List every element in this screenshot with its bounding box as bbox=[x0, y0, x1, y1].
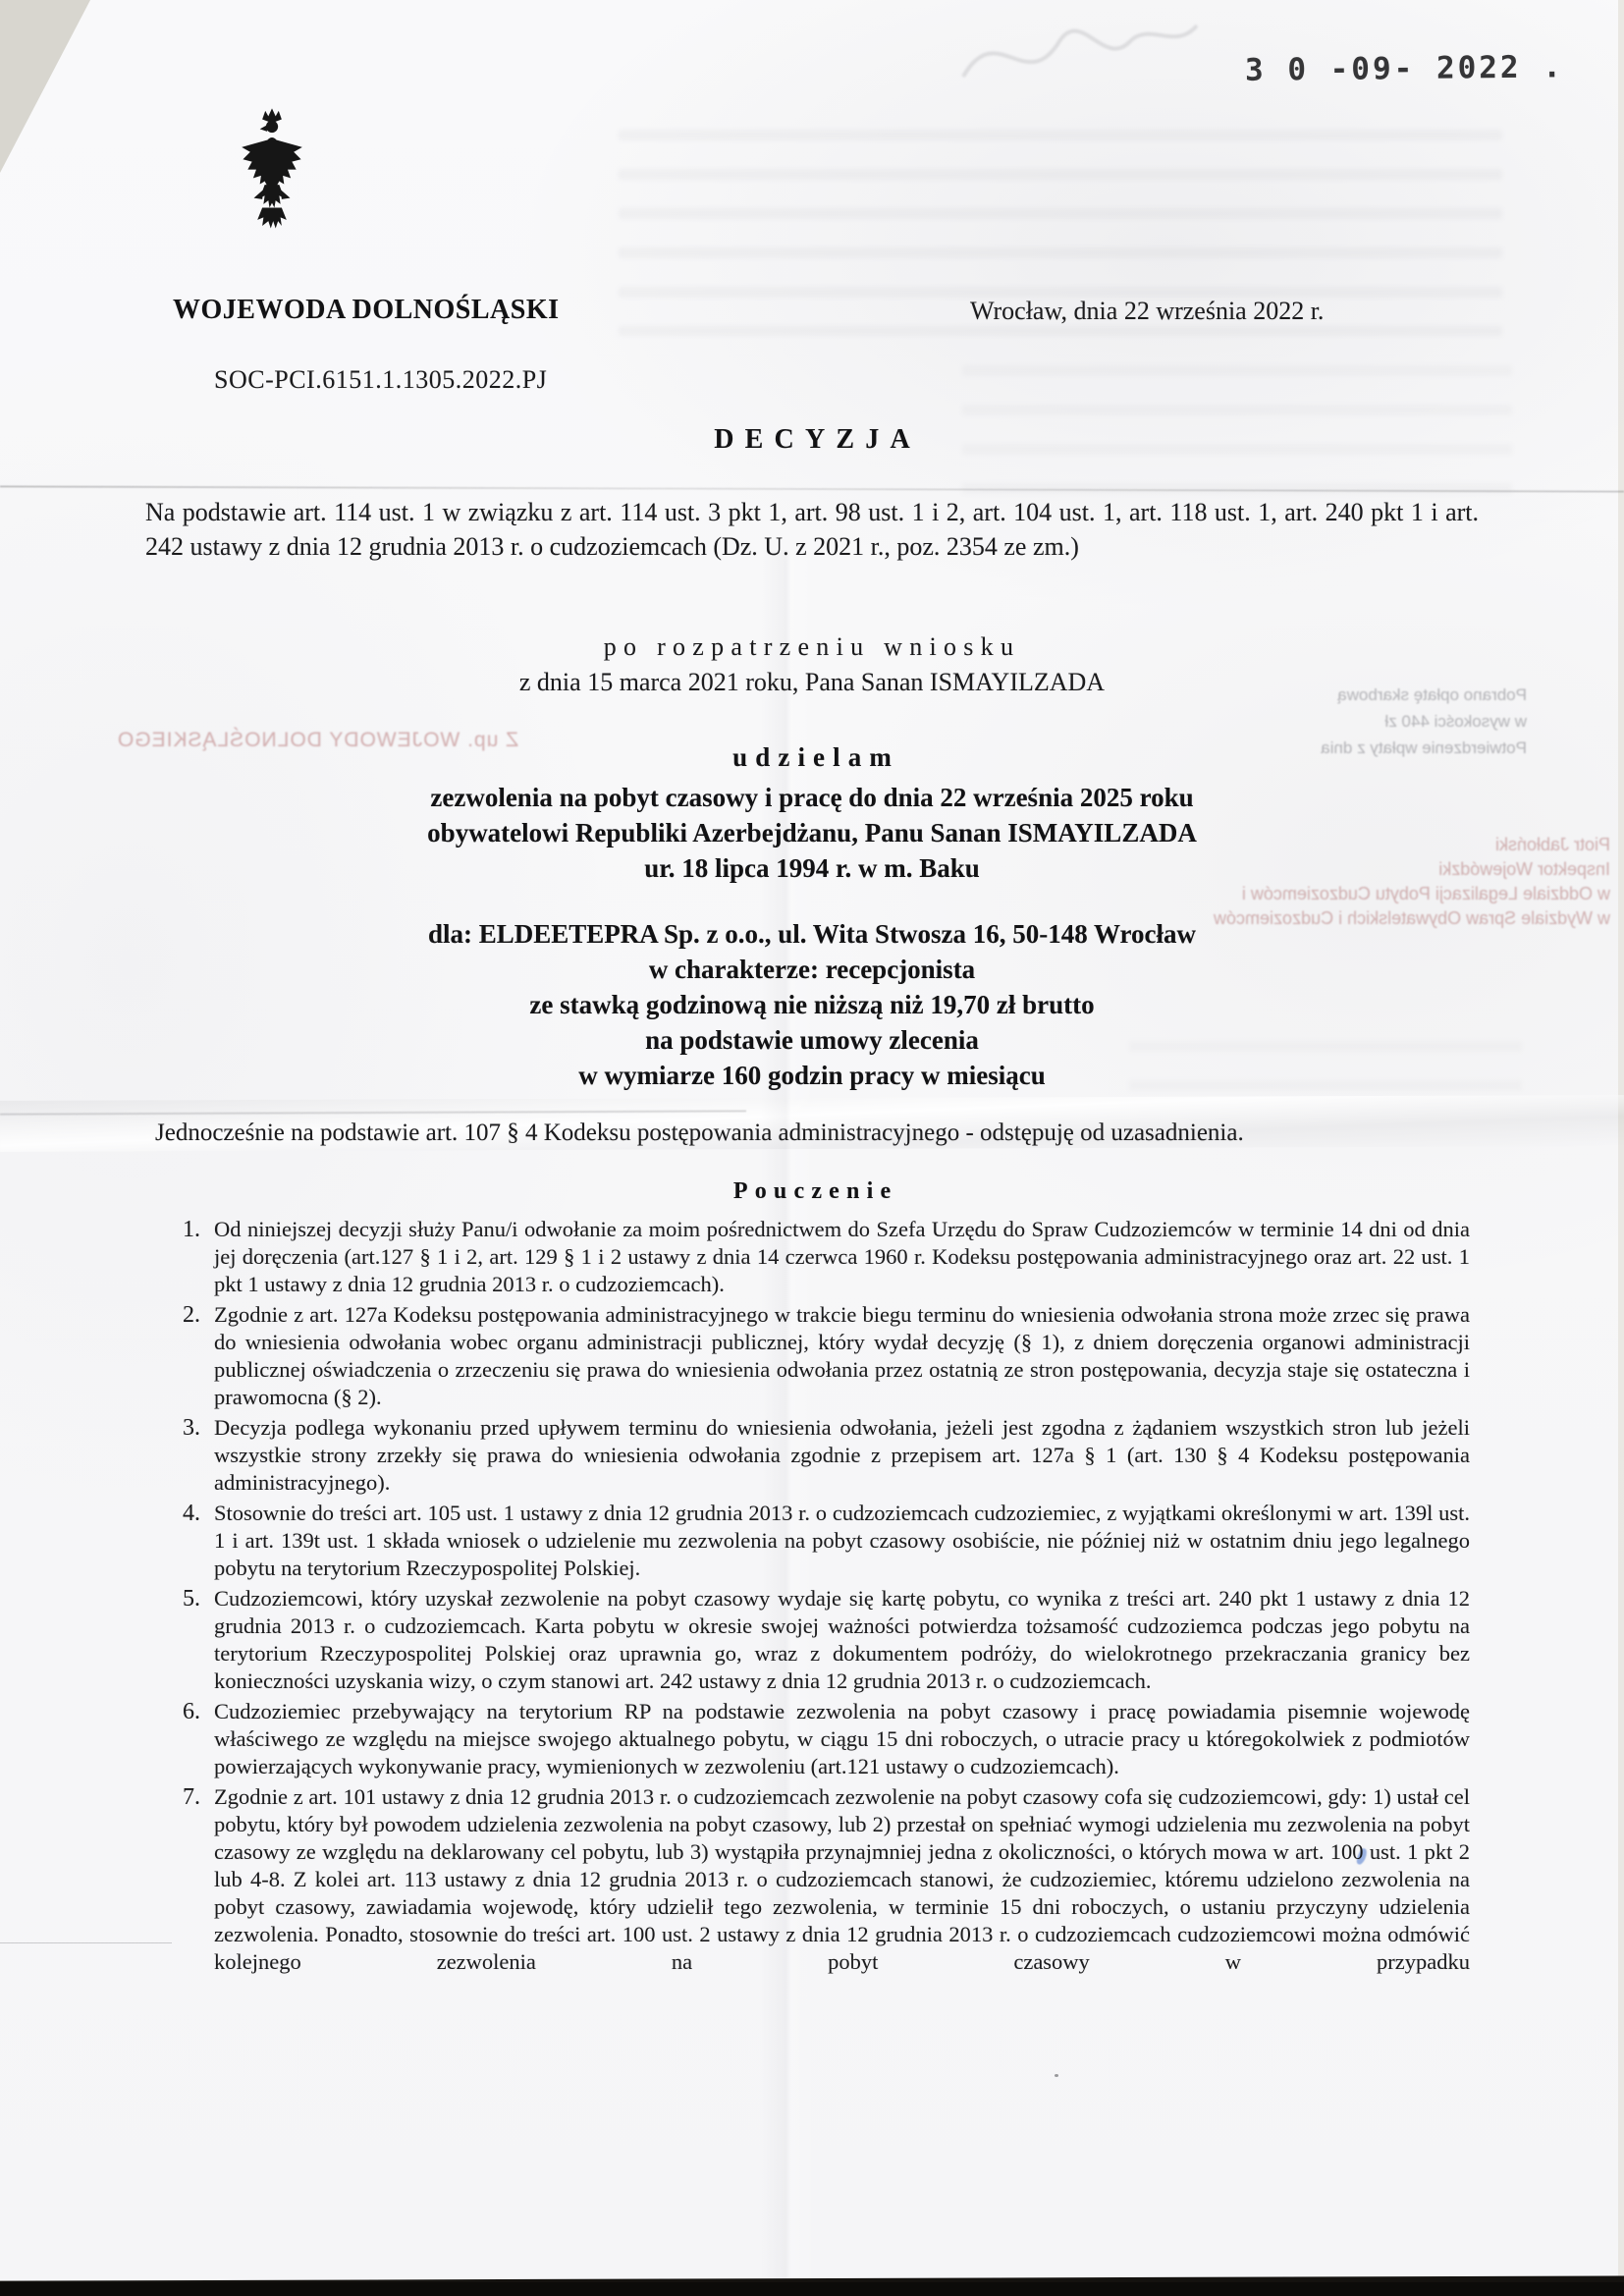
after-consideration-line: po rozpatrzeniu wniosku bbox=[0, 632, 1624, 662]
justification-waiver: Jednocześnie na podstawie art. 107 § 4 K… bbox=[155, 1120, 1477, 1147]
decision-line: obywatelowi Republiki Azerbejdżanu, Panu… bbox=[0, 815, 1624, 850]
instruction-item: 5. Cudzoziemcowi, który uzyskał zezwolen… bbox=[147, 1585, 1470, 1695]
scanner-edge-bottom bbox=[0, 2282, 1624, 2296]
instruction-number: 2. bbox=[147, 1301, 214, 1411]
scan-edge-right bbox=[1618, 0, 1624, 2296]
document-title: DECYZJA bbox=[0, 424, 1624, 456]
instruction-text: Stosownie do treści art. 105 ust. 1 usta… bbox=[214, 1500, 1470, 1582]
decision-line: ur. 18 lipca 1994 r. w m. Baku bbox=[0, 850, 1624, 886]
instruction-text: Decyzja podlega wykonaniu przed upływem … bbox=[214, 1414, 1470, 1497]
polish-eagle-emblem bbox=[236, 104, 308, 244]
instruction-text: Cudzoziemcowi, który uzyskał zezwolenie … bbox=[214, 1585, 1470, 1695]
received-date-stamp: 3 0 -09- 2022 . bbox=[1245, 49, 1564, 87]
decision-line: w wymiarze 160 godzin pracy w miesiącu bbox=[0, 1058, 1624, 1093]
application-details-line: z dnia 15 marca 2021 roku, Pana Sanan IS… bbox=[0, 668, 1624, 697]
paper-fold-line-top bbox=[0, 485, 1624, 492]
decision-block: zezwolenia na pobyt czasowy i pracę do d… bbox=[0, 780, 1624, 1093]
instruction-item: 1. Od niniejszej decyzji służy Panu/i od… bbox=[147, 1216, 1470, 1298]
instruction-number: 4. bbox=[147, 1500, 214, 1582]
instruction-item: 6. Cudzoziemiec przebywający na terytori… bbox=[147, 1698, 1470, 1780]
decision-line: ze stawką godzinową nie niższą niż 19,70… bbox=[0, 987, 1624, 1022]
instruction-item: 7. Zgodnie z art. 101 ustawy z dnia 12 g… bbox=[147, 1783, 1470, 1976]
scan-speck bbox=[1055, 2074, 1058, 2077]
instruction-number: 1. bbox=[147, 1216, 214, 1298]
instruction-text: Od niniejszej decyzji służy Panu/i odwoł… bbox=[214, 1216, 1470, 1298]
case-number: SOC-PCI.6151.1.1305.2022.PJ bbox=[214, 365, 547, 395]
instruction-item: 2. Zgodnie z art. 127a Kodeksu postępowa… bbox=[147, 1301, 1470, 1411]
instruction-section-title: Pouczenie bbox=[0, 1178, 1624, 1205]
decision-line: w charakterze: recepcjonista bbox=[0, 952, 1624, 987]
instruction-number: 6. bbox=[147, 1698, 214, 1780]
instruction-number: 3. bbox=[147, 1414, 214, 1497]
scanned-decision-page: Z up. WOJEWODY DOLNOŚLĄSKIEGO Pobrano op… bbox=[0, 0, 1624, 2296]
instruction-list: 1. Od niniejszej decyzji służy Panu/i od… bbox=[147, 1216, 1470, 1979]
decision-line: zezwolenia na pobyt czasowy i pracę do d… bbox=[0, 780, 1624, 815]
decision-line: dla: ELDEETEPRA Sp. z o.o., ul. Wita Stw… bbox=[0, 916, 1624, 952]
instruction-number: 5. bbox=[147, 1585, 214, 1695]
grant-verb: udzielam bbox=[0, 742, 1624, 773]
instruction-item: 3. Decyzja podlega wykonaniu przed upływ… bbox=[147, 1414, 1470, 1497]
bleedthrough-fee-line: w wysokości 440 zł bbox=[1232, 708, 1527, 735]
decision-line: na podstawie umowy zlecenia bbox=[0, 1022, 1624, 1058]
instruction-text: Zgodnie z art. 101 ustawy z dnia 12 grud… bbox=[214, 1783, 1470, 1976]
instruction-text: Zgodnie z art. 127a Kodeksu postępowania… bbox=[214, 1301, 1470, 1411]
instruction-text: Cudzoziemiec przebywający na terytorium … bbox=[214, 1698, 1470, 1780]
legal-basis-paragraph: Na podstawie art. 114 ust. 1 w związku z… bbox=[145, 495, 1479, 564]
instruction-number: 7. bbox=[147, 1783, 214, 1976]
scan-corner-artifact bbox=[0, 0, 90, 173]
issuing-authority: WOJEWODA DOLNOŚLĄSKI bbox=[173, 295, 560, 326]
place-and-date: Wrocław, dnia 22 września 2022 r. bbox=[970, 297, 1324, 326]
instruction-item: 4. Stosownie do treści art. 105 ust. 1 u… bbox=[147, 1500, 1470, 1582]
bleedthrough-signature bbox=[957, 12, 1203, 100]
paper-fold-line-bottom bbox=[0, 1942, 172, 1943]
